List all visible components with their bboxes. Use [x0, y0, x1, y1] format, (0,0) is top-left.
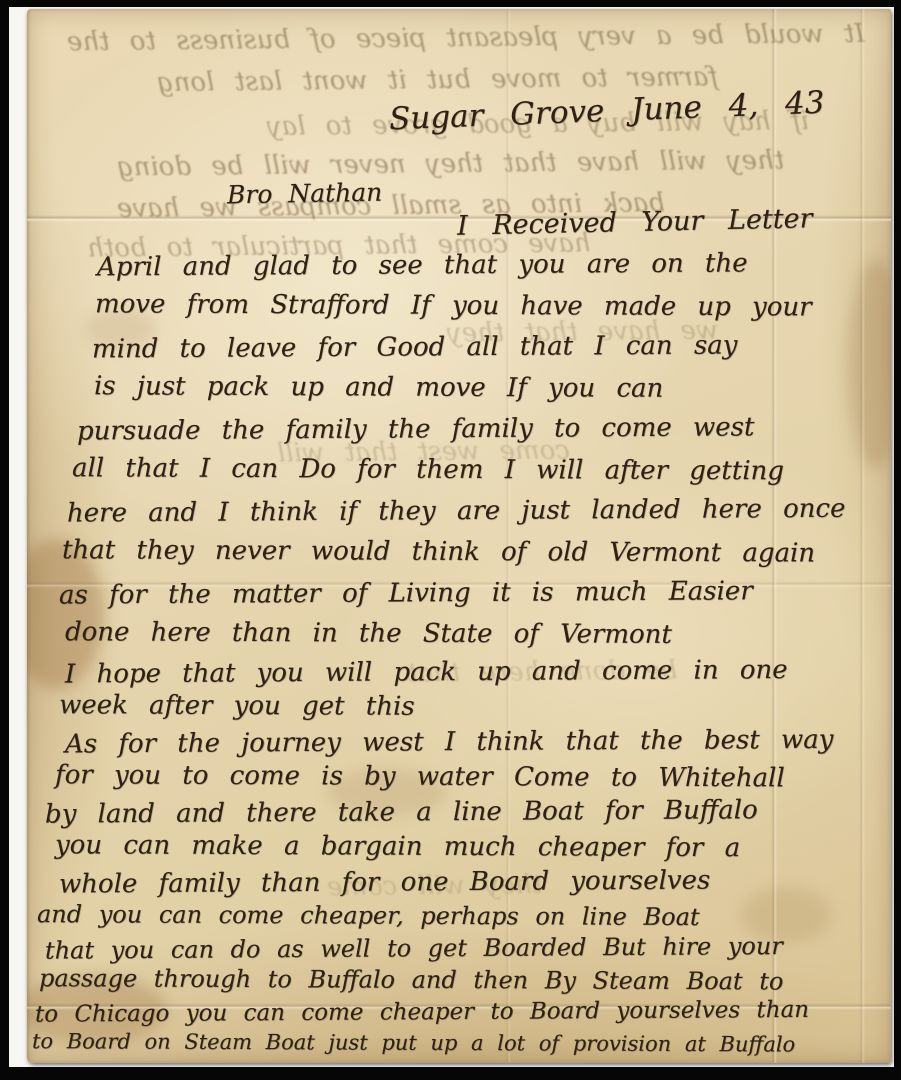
letter-line: pursuade the family the family to come w… [77, 407, 885, 453]
letter-salutation: Bro Nathan [227, 178, 383, 210]
letter-line: is just pack up and move If you can [94, 366, 885, 410]
letter-line: by land and there take a line Boat for B… [45, 792, 885, 832]
letter-line: week after you get this [59, 688, 885, 727]
letter-line: done here than in the State of Vermont [65, 612, 885, 657]
letter-line: whole family than for one Board yourselv… [59, 862, 885, 902]
letter-line: that you can do as well to get Boarded B… [45, 929, 885, 966]
ghost-line: It would be a very pleasant piece of bus… [67, 19, 865, 57]
letter-line: you can make a bargain much cheaper for … [55, 828, 885, 867]
letter-line: passage through to Buffalo and then By S… [39, 962, 885, 998]
letter-line: move from Strafford If you have made up … [95, 284, 885, 328]
letter-line: all that I can Do for them I will after … [72, 448, 885, 493]
letter-line: I hope that you will pack up and come in… [65, 652, 885, 692]
letter-body: April and glad to see that you are on th… [27, 245, 885, 1058]
letter-line: as for the matter of Living it is much E… [59, 570, 885, 616]
letter-line: April and glad to see that you are on th… [97, 243, 885, 289]
letter-line: As for the journey west I think that the… [65, 722, 885, 762]
letter-paper: It would be a very pleasant piece of bus… [27, 9, 891, 1063]
letter-line: and you can come cheaper, perhaps on lin… [37, 898, 885, 934]
letter-line: to Board on Steam Boat just put up a lot… [32, 1026, 885, 1060]
letter-line: that they never would think of old Vermo… [62, 530, 885, 575]
letter-line: here and I think if they are just landed… [67, 489, 885, 535]
letter-line: mind to leave for Good all that I can sa… [92, 325, 885, 371]
letter-opening: I Received Your Letter [457, 203, 813, 241]
scanner-mat: It would be a very pleasant piece of bus… [9, 7, 894, 1067]
letter-line: to Chicago you can come cheaper to Board… [35, 993, 885, 1030]
ghost-line: they will have that they never will be d… [117, 146, 784, 183]
letter-line: for you to come is by water Come to Whit… [55, 758, 885, 797]
